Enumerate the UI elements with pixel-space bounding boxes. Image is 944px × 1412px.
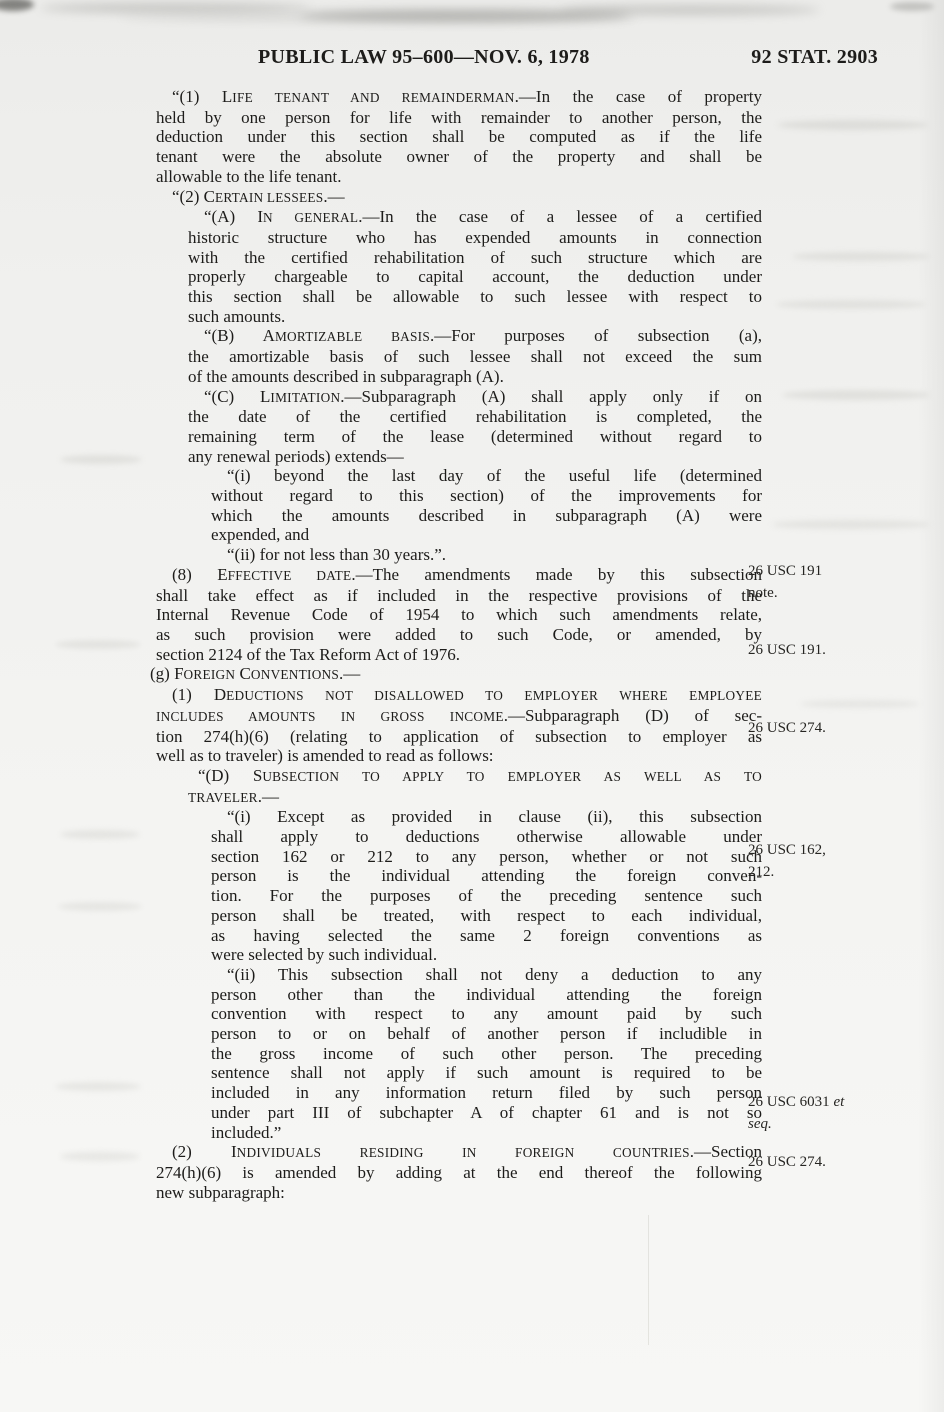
text-segment: 26 USC 191 — [748, 563, 822, 579]
statute-line: “(1) LIFE TENANT AND REMAINDERMAN.—In th… — [156, 87, 762, 108]
text-segment: “(1) L — [172, 87, 232, 106]
statute-page: PUBLIC LAW 95–600—NOV. 6, 1978 92 STAT. … — [0, 0, 944, 1412]
statute-line: such amounts. — [188, 307, 762, 327]
text-segment: 26 USC 274. — [748, 1154, 826, 1170]
text-segment: “(i) Except as provided in clause (ii), … — [227, 807, 762, 826]
scan-artifact — [776, 300, 926, 309]
text-segment: such amounts. — [188, 307, 285, 326]
usc-citation-note: 26 USC 274. — [748, 1152, 886, 1174]
text-segment: 26 USC 162, — [748, 842, 826, 858]
statute-line: included.” — [211, 1123, 762, 1143]
statute-line: person other than the individual attendi… — [211, 985, 762, 1005]
text-segment: historic structure who has expended amou… — [188, 228, 762, 247]
scan-artifact — [60, 830, 140, 839]
note-line: 26 USC 274. — [748, 718, 886, 740]
text-segment: note. — [748, 585, 778, 601]
small-caps-text: TRAVELER — [188, 790, 258, 805]
small-caps-text: INCLUDES AMOUNTS IN GROSS INCOME — [156, 709, 504, 724]
statute-line: without regard to this section) of the i… — [211, 486, 762, 506]
usc-citation-note: 26 USC 274. — [748, 718, 886, 740]
text-segment: “(D) S — [198, 766, 262, 785]
statute-line: tion 274(h)(6) (relating to application … — [156, 727, 762, 747]
text-segment: expended, and — [211, 525, 309, 544]
statute-paragraph: “(C) LIMITATION.—Subparagraph (A) shall … — [188, 387, 762, 467]
text-segment: properly chargeable to capital account, … — [188, 267, 762, 286]
scan-artifact — [55, 640, 141, 649]
statute-line: remaining term of the lease (determined … — [188, 427, 762, 447]
small-caps-text: ONVENTIONS — [251, 667, 339, 682]
statute-line: INCLUDES AMOUNTS IN GROSS INCOME.—Subpar… — [156, 706, 762, 727]
text-segment: held by one person for life with remaind… — [156, 108, 762, 127]
statute-paragraph: “(A) IN GENERAL.—In the case of a lessee… — [188, 207, 762, 326]
text-segment: under part III of subchapter A of chapte… — [211, 1103, 762, 1122]
scan-artifact — [60, 1152, 140, 1161]
statute-line: new subparagraph: — [156, 1183, 762, 1203]
scan-artifact — [800, 700, 920, 708]
statute-line: as having selected the same 2 foreign co… — [211, 926, 762, 946]
text-segment: person to or on behalf of another person… — [211, 1024, 762, 1043]
text-segment: without regard to this section) of the i… — [211, 486, 762, 505]
text-segment: .—The amendments made by this subsection — [351, 565, 762, 584]
statute-line: 274(h)(6) is amended by adding at the en… — [156, 1163, 762, 1183]
text-segment: shall take effect as if included in the … — [156, 586, 762, 605]
statute-line: (1) DEDUCTIONS NOT DISALLOWED TO EMPLOYE… — [156, 685, 762, 706]
statute-line: held by one person for life with remaind… — [156, 108, 762, 128]
statute-line: person to or on behalf of another person… — [211, 1024, 762, 1044]
scan-artifact — [40, 3, 310, 13]
statute-line: well as to traveler) is amended to read … — [156, 746, 762, 766]
text-segment: of the amounts described in subparagraph… — [188, 367, 504, 386]
statute-line: expended, and — [211, 525, 762, 545]
text-segment: person shall be treated, with respect to… — [211, 906, 762, 925]
statute-paragraph: (8) EFFECTIVE DATE.—The amendments made … — [156, 565, 762, 665]
text-segment: the date of the certified rehabilitation… — [188, 407, 762, 426]
text-segment: (1) D — [172, 685, 226, 704]
small-caps-text: MORTIZABLE BASIS — [275, 329, 430, 344]
statute-line: the date of the certified rehabilitation… — [188, 407, 762, 427]
note-line: 26 USC 6031 et — [748, 1092, 886, 1114]
statute-line: “(C) LIMITATION.—Subparagraph (A) shall … — [188, 387, 762, 408]
scan-artifact — [890, 2, 934, 11]
statute-line: sentence shall not apply if such amount … — [211, 1063, 762, 1083]
text-segment: person other than the individual attendi… — [211, 985, 762, 1004]
scan-artifact — [792, 252, 930, 261]
statute-paragraph: “(1) LIFE TENANT AND REMAINDERMAN.—In th… — [156, 87, 762, 187]
text-segment: tion. For the purposes of the preceding … — [211, 886, 762, 905]
text-segment: 274(h)(6) is amended by adding at the en… — [156, 1163, 762, 1182]
scan-artifact — [55, 1082, 141, 1091]
text-segment: section 162 or 212 to any person, whethe… — [211, 847, 762, 866]
scan-artifact — [0, 0, 34, 11]
usc-citation-note: 26 USC 191note. — [748, 561, 886, 604]
note-line: 26 USC 191 — [748, 561, 886, 583]
text-segment: “(B) A — [204, 326, 275, 345]
statute-line: under part III of subchapter A of chapte… — [211, 1103, 762, 1123]
statute-line: deduction under this section shall be co… — [156, 127, 762, 147]
scan-artifact — [918, 0, 944, 1412]
statute-body: “(1) LIFE TENANT AND REMAINDERMAN.—In th… — [150, 87, 762, 1202]
statute-line: convention with respect to any amount pa… — [211, 1004, 762, 1024]
statute-line: (g) FOREIGN CONVENTIONS.— — [150, 664, 762, 685]
statute-paragraph: “(2) CERTAIN LESSEES.— — [156, 187, 762, 208]
small-caps-text: IFE TENANT AND REMAINDERMAN — [232, 90, 514, 105]
text-segment: “(ii) This subsection shall not deny a d… — [227, 965, 762, 984]
scan-artifact — [58, 902, 142, 911]
text-segment: 26 USC 191. — [748, 642, 826, 658]
statute-line: “(A) IN GENERAL.—In the case of a lessee… — [188, 207, 762, 228]
text-segment: as such provision were added to such Cod… — [156, 625, 762, 644]
text-segment: .—Subparagraph (D) of sec- — [504, 706, 762, 725]
statute-line: the gross income of such other person. T… — [211, 1044, 762, 1064]
text-segment: .—In the case of property — [515, 87, 762, 106]
text-segment: deduction under this section shall be co… — [156, 127, 762, 146]
text-segment: “(ii) for not less than 30 years.”. — [227, 545, 446, 564]
small-caps-text: N GENERAL — [263, 210, 358, 225]
scan-artifact — [300, 9, 630, 22]
scan-artifact — [120, 15, 640, 21]
statute-line: the amortizable basis of such lessee sha… — [188, 347, 762, 367]
statute-line: section 2124 of the Tax Reform Act of 19… — [156, 645, 762, 665]
statute-line: included in any information return filed… — [211, 1083, 762, 1103]
text-segment: “(i) beyond the last day of the useful l… — [227, 466, 762, 485]
statute-paragraph: “(D) SUBSECTION TO APPLY TO EMPLOYER AS … — [188, 766, 762, 807]
small-caps-text: UBSECTION TO APPLY TO EMPLOYER AS WELL A… — [262, 769, 762, 784]
text-segment: .— — [339, 664, 360, 683]
statute-line: Internal Revenue Code of 1954 to which s… — [156, 605, 762, 625]
statute-line: “(i) Except as provided in clause (ii), … — [211, 807, 762, 827]
text-segment: any renewal periods) extends— — [188, 447, 404, 466]
statute-line: “(2) CERTAIN LESSEES.— — [156, 187, 762, 208]
note-line: note. — [748, 583, 886, 605]
text-segment: tenant were the absolute owner of the pr… — [156, 147, 762, 166]
statute-line: “(ii) This subsection shall not deny a d… — [211, 965, 762, 985]
scan-artifact — [772, 520, 930, 529]
statute-line: (2) INDIVIDUALS RESIDING IN FOREIGN COUN… — [156, 1142, 762, 1163]
statute-paragraph: “(i) Except as provided in clause (ii), … — [211, 807, 762, 965]
scan-artifact — [560, 5, 820, 15]
text-segment: allowable to the life tenant. — [156, 167, 342, 186]
stat-page-number: 92 STAT. 2903 — [751, 46, 878, 69]
note-line: 26 USC 162, — [748, 840, 886, 862]
text-segment: “(C) L — [204, 387, 270, 406]
text-segment: 26 USC 274. — [748, 720, 826, 736]
statute-line: properly chargeable to capital account, … — [188, 267, 762, 287]
text-segment: (8) E — [172, 565, 228, 584]
statute-line: “(D) SUBSECTION TO APPLY TO EMPLOYER AS … — [188, 766, 762, 787]
statute-line: were selected by such individual. — [211, 945, 762, 965]
statute-line: shall apply to deductions otherwise allo… — [211, 827, 762, 847]
text-segment: person is the individual attending the f… — [211, 866, 762, 885]
text-segment: tion 274(h)(6) (relating to application … — [156, 727, 762, 746]
scan-artifact — [648, 1215, 649, 1345]
text-segment: .— — [323, 187, 344, 206]
text-segment: Internal Revenue Code of 1954 to which s… — [156, 605, 762, 624]
text-segment: well as to traveler) is amended to read … — [156, 746, 494, 765]
text-segment: as having selected the same 2 foreign co… — [211, 926, 762, 945]
text-segment: with the certified rehabilitation of suc… — [188, 248, 762, 267]
text-segment: convention with respect to any amount pa… — [211, 1004, 762, 1023]
statute-line: “(i) beyond the last day of the useful l… — [211, 466, 762, 486]
statute-line: person shall be treated, with respect to… — [211, 906, 762, 926]
text-segment: .—For purposes of subsection (a), — [430, 326, 762, 345]
statute-paragraph: “(B) AMORTIZABLE BASIS.—For purposes of … — [188, 326, 762, 386]
text-segment: “(A) I — [204, 207, 263, 226]
statute-line: this section shall be allowable to such … — [188, 287, 762, 307]
italic-text: et — [833, 1094, 844, 1110]
statute-paragraph: (g) FOREIGN CONVENTIONS.— — [150, 664, 762, 685]
scan-artifact — [60, 455, 142, 464]
statute-line: TRAVELER.— — [188, 787, 762, 808]
text-segment: this section shall be allowable to such … — [188, 287, 762, 306]
italic-text: seq. — [748, 1116, 772, 1132]
text-segment: the amortizable basis of such lessee sha… — [188, 347, 762, 366]
page-header-title: PUBLIC LAW 95–600—NOV. 6, 1978 — [258, 46, 590, 69]
small-caps-text: IMITATION — [270, 390, 340, 405]
statute-line: allowable to the life tenant. — [156, 167, 762, 187]
scan-artifact — [778, 120, 928, 130]
scan-artifact — [782, 390, 930, 400]
statute-paragraph: (2) INDIVIDUALS RESIDING IN FOREIGN COUN… — [156, 1142, 762, 1202]
text-segment: 26 USC 6031 — [748, 1094, 833, 1110]
usc-citation-note: 26 USC 191. — [748, 640, 886, 662]
text-segment: the gross income of such other person. T… — [211, 1044, 762, 1063]
small-caps-text: ERTAIN LESSEES — [215, 190, 323, 205]
note-line: 26 USC 274. — [748, 1152, 886, 1174]
text-segment: included in any information return filed… — [211, 1083, 762, 1102]
text-segment: C — [235, 664, 251, 683]
statute-paragraph: “(i) beyond the last day of the useful l… — [211, 466, 762, 545]
statute-line: “(ii) for not less than 30 years.”. — [211, 545, 762, 565]
text-segment: shall apply to deductions otherwise allo… — [211, 827, 762, 846]
text-segment: .— — [258, 787, 279, 806]
text-segment: section 2124 of the Tax Reform Act of 19… — [156, 645, 460, 664]
small-caps-text: NDIVIDUALS RESIDING IN FOREIGN COUNTRIES — [237, 1145, 690, 1160]
usc-citation-note: 26 USC 162,212. — [748, 840, 886, 883]
text-segment: .—Subparagraph (A) shall apply only if o… — [340, 387, 762, 406]
statute-line: which the amounts described in subparagr… — [211, 506, 762, 526]
note-line: 26 USC 191. — [748, 640, 886, 662]
statute-paragraph: “(ii) for not less than 30 years.”. — [211, 545, 762, 565]
statute-line: as such provision were added to such Cod… — [156, 625, 762, 645]
text-segment: 212. — [748, 864, 774, 880]
statute-line: tion. For the purposes of the preceding … — [211, 886, 762, 906]
statute-line: shall take effect as if included in the … — [156, 586, 762, 606]
small-caps-text: EDUCTIONS NOT DISALLOWED TO EMPLOYER WHE… — [226, 688, 762, 703]
text-segment: were selected by such individual. — [211, 945, 437, 964]
statute-line: person is the individual attending the f… — [211, 866, 762, 886]
small-caps-text: OREIGN — [184, 667, 236, 682]
text-segment: “(2) C — [172, 187, 215, 206]
text-segment: new subparagraph: — [156, 1183, 285, 1202]
text-segment: remaining term of the lease (determined … — [188, 427, 762, 446]
statute-line: tenant were the absolute owner of the pr… — [156, 147, 762, 167]
statute-line: with the certified rehabilitation of suc… — [188, 248, 762, 268]
statute-paragraph: “(ii) This subsection shall not deny a d… — [211, 965, 762, 1142]
text-segment: sentence shall not apply if such amount … — [211, 1063, 762, 1082]
statute-line: of the amounts described in subparagraph… — [188, 367, 762, 387]
statute-line: (8) EFFECTIVE DATE.—The amendments made … — [156, 565, 762, 586]
statute-line: any renewal periods) extends— — [188, 447, 762, 467]
note-line: seq. — [748, 1114, 886, 1136]
statute-line: historic structure who has expended amou… — [188, 228, 762, 248]
text-segment: included.” — [211, 1123, 281, 1142]
text-segment: (2) I — [172, 1142, 237, 1161]
text-segment: (g) F — [150, 664, 184, 683]
small-caps-text: FFECTIVE DATE — [228, 568, 352, 583]
note-line: 212. — [748, 862, 886, 884]
statute-line: “(B) AMORTIZABLE BASIS.—For purposes of … — [188, 326, 762, 347]
text-segment: which the amounts described in subparagr… — [211, 506, 762, 525]
usc-citation-note: 26 USC 6031 etseq. — [748, 1092, 886, 1135]
statute-line: section 162 or 212 to any person, whethe… — [211, 847, 762, 867]
text-segment: .—In the case of a lessee of a certified — [358, 207, 762, 226]
statute-paragraph: (1) DEDUCTIONS NOT DISALLOWED TO EMPLOYE… — [156, 685, 762, 766]
